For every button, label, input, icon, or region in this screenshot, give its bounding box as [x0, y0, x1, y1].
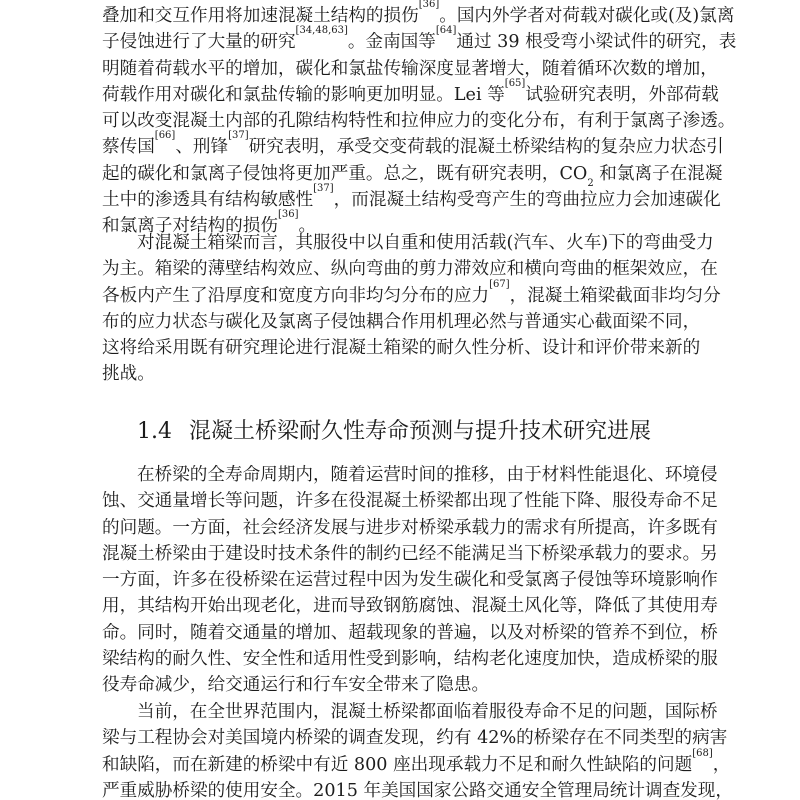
text-line: 叠加和交互作用将加速混凝土结构的损伤[36]。国内外学者对荷载对碳化或(及)氯离 — [102, 3, 698, 29]
section-title: 混凝土桥梁耐久性寿命预测与提升技术研究进展 — [189, 419, 651, 444]
text-line: 当前，在全世界范围内，混凝土桥梁都面临着服役寿命不足的问题，国际桥 — [102, 699, 698, 725]
citation: [64] — [436, 25, 457, 36]
text-line: 各板内产生了沿厚度和宽度方向非均匀分布的应力[67]，混凝土箱梁截面非均匀分 — [102, 283, 698, 309]
text-line: 蚀、交通量增长等问题，许多在役混凝土桥梁都出现了性能下降、服役寿命不足 — [102, 488, 698, 514]
text-line: 严重威胁桥梁的使用安全。2015 年美国国家公路交通安全管理局统计调查发现， — [102, 778, 698, 800]
text-line: 这将给采用既有研究理论进行混凝土箱梁的耐久性分析、设计和评价带来新的 — [102, 335, 698, 361]
text-line: 为主。箱梁的薄壁结构效应、纵向弯曲的剪力滞效应和横向弯曲的框架效应，在 — [102, 256, 698, 282]
paragraph-lifecycle: 在桥梁的全寿命周期内，随着运营时间的推移，由于材料性能退化、环境侵 蚀、交通量增… — [102, 462, 698, 699]
text-line: 和缺陷，而在新建的桥梁中有近 800 座出现承载力不足和耐久性缺陷的问题[68]… — [102, 752, 698, 778]
citation: [65] — [505, 78, 526, 89]
text-line: 的问题。一方面，社会经济发展与进步对桥梁承载力的需求有所提高，许多既有 — [102, 515, 698, 541]
text-line: 一方面，许多在役桥梁在运营过程中因为发生碳化和受氯离子侵蚀等环境影响作 — [102, 567, 698, 593]
text-line: 役寿命减少，给交通运行和行车安全带来了隐患。 — [102, 672, 698, 698]
text-line: 混凝土桥梁由于建设时技术条件的制约已经不能满足当下桥梁承载力的要求。另 — [102, 541, 698, 567]
text-line: 在桥梁的全寿命周期内，随着运营时间的推移，由于材料性能退化、环境侵 — [102, 462, 698, 488]
citation: [68] — [692, 748, 713, 759]
citation: [36] — [419, 0, 440, 10]
text-line: 明随着荷载水平的增加，碳化和氯盐传输深度显著增大，随着循环次数的增加， — [102, 56, 698, 82]
text-line: 蔡传国[66]、刑锋[37]研究表明，承受交变荷载的混凝土桥梁结构的复杂应力状态… — [102, 134, 698, 160]
citation: [37] — [313, 183, 334, 194]
citation: [66] — [155, 130, 176, 141]
paragraph-box-girder: 对混凝土箱梁而言，其服役中以自重和使用活载(汽车、火车)下的弯曲受力 为主。箱梁… — [102, 230, 698, 388]
text-line: 梁与工程协会对美国境内桥梁的调查发现，约有 42%的桥梁存在不同类型的病害 — [102, 725, 698, 751]
text-line: 挑战。 — [102, 361, 698, 387]
citation: [67] — [489, 279, 510, 290]
text-line: 用，其结构开始出现老化，进而导致钢筋腐蚀、混凝土风化等，降低了其使用寿 — [102, 593, 698, 619]
paragraph-continued: 叠加和交互作用将加速混凝土结构的损伤[36]。国内外学者对荷载对碳化或(及)氯离… — [102, 3, 698, 240]
text-line: 布的应力状态与碳化及氯离子侵蚀耦合作用机理必然与普通实心截面梁不同， — [102, 309, 698, 335]
text-line: 土中的渗透具有结构敏感性[37]，而混凝土结构受弯产生的弯曲拉应力会加速碳化 — [102, 187, 698, 213]
section-heading: 1.4混凝土桥梁耐久性寿命预测与提升技术研究进展 — [137, 414, 697, 445]
subscript: 2 — [587, 178, 593, 189]
text-line: 命。同时，随着交通量的增加、超载现象的普遍，以及对桥梁的管养不到位，桥 — [102, 620, 698, 646]
text-line: 子侵蚀进行了大量的研究[34,48,63]。金南国等[64]通过 39 根受弯小… — [102, 29, 698, 55]
text-line: 可以改变混凝土内部的孔隙结构特性和拉伸应力的变化分布，有利于氯离子渗透。 — [102, 108, 698, 134]
text-line: 起的碳化和氯离子侵蚀将更加严重。总之，既有研究表明，CO2 和氯离子在混凝 — [102, 161, 698, 187]
citation: [34,48,63] — [296, 25, 348, 36]
citation: [37] — [228, 130, 249, 141]
text-line: 荷载作用对碳化和氯盐传输的影响更加明显。Lei 等[65]试验研究表明，外部荷载 — [102, 82, 698, 108]
paragraph-current: 当前，在全世界范围内，混凝土桥梁都面临着服役寿命不足的问题，国际桥 梁与工程协会… — [102, 699, 698, 800]
text-line: 梁结构的耐久性、安全性和适用性受到影响，结构老化速度加快，造成桥梁的服 — [102, 646, 698, 672]
text-line: 对混凝土箱梁而言，其服役中以自重和使用活载(汽车、火车)下的弯曲受力 — [102, 230, 698, 256]
section-number: 1.4 — [137, 419, 189, 444]
citation: [36] — [278, 209, 299, 220]
